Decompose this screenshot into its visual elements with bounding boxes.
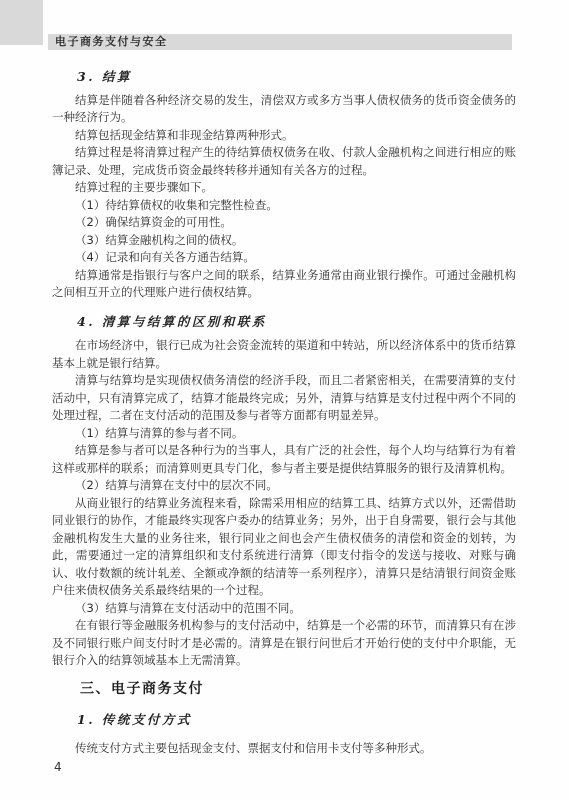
paragraph: 结算是参与者可以是各种行为的当事人，具有广泛的社会性，每个人均与结算行为有着这样… xyxy=(52,442,516,477)
book-title: 电子商务支付与安全 xyxy=(55,33,168,49)
chapter-heading: 三、电子商务支付 xyxy=(52,681,516,699)
book-page: 电子商务支付与安全 3. 结算 结算是伴随着各种经济交易的发生，清偿双方或多方当… xyxy=(0,0,569,800)
page-content: 3. 结算 结算是伴随着各种经济交易的发生，清偿双方或多方当事人债权债务的货币资… xyxy=(52,60,516,757)
list-item: （2）结算与清算在支付中的层次不同。 xyxy=(52,477,516,495)
list-item: （3）结算金融机构之间的债权。 xyxy=(52,232,516,250)
list-item: （1）待结算债权的收集和完整性检查。 xyxy=(52,197,516,215)
section-heading: 3. 结算 xyxy=(52,68,516,86)
paragraph: 结算通常是指银行与客户之间的联系，结算业务通常由商业银行操作。可通过金融机构之间… xyxy=(52,267,516,302)
section-heading: 1. 传统支付方式 xyxy=(52,711,516,729)
paragraph: 在市场经济中，银行已成为社会资金流转的渠道和中转站，所以经济体系中的货币结算基本… xyxy=(52,337,516,372)
paragraph: 结算过程的主要步骤如下。 xyxy=(52,179,516,197)
corner-decoration-block xyxy=(0,0,43,45)
paragraph: 结算是伴随着各种经济交易的发生，清偿双方或多方当事人债权债务的货币资金债务的一种… xyxy=(52,92,516,127)
list-item: （4）记录和向有关各方通告结算。 xyxy=(52,249,516,267)
paragraph: 从商业银行的结算业务流程来看，除需采用相应的结算工具、结算方式以外，还需借助同业… xyxy=(52,495,516,600)
paragraph: 结算包括现金结算和非现金结算两种形式。 xyxy=(52,127,516,145)
paragraph: 传统支付方式主要包括现金支付、票据支付和信用卡支付等多种形式。 xyxy=(52,740,516,758)
list-item: （1）结算与清算的参与者不同。 xyxy=(52,425,516,443)
list-item: （3）结算与清算在支付活动中的范围不同。 xyxy=(52,600,516,618)
paragraph: 清算与结算均是实现债权债务清偿的经济手段，而且二者紧密相关，在需要清算的支付活动… xyxy=(52,372,516,425)
list-item: （2）确保结算资金的可用性。 xyxy=(52,214,516,232)
paragraph: 结算过程是将清算过程产生的待结算债权债务在收、付款人金融机构之间进行相应的账簿记… xyxy=(52,144,516,179)
section-heading: 4. 清算与结算的区别和联系 xyxy=(52,313,516,331)
paragraph: 在有银行等金融服务机构参与的支付活动中，结算是一个必需的环节，而清算只有在涉及不… xyxy=(52,617,516,670)
running-header-bar: 电子商务支付与安全 xyxy=(48,34,512,50)
page-number: 4 xyxy=(54,760,62,774)
